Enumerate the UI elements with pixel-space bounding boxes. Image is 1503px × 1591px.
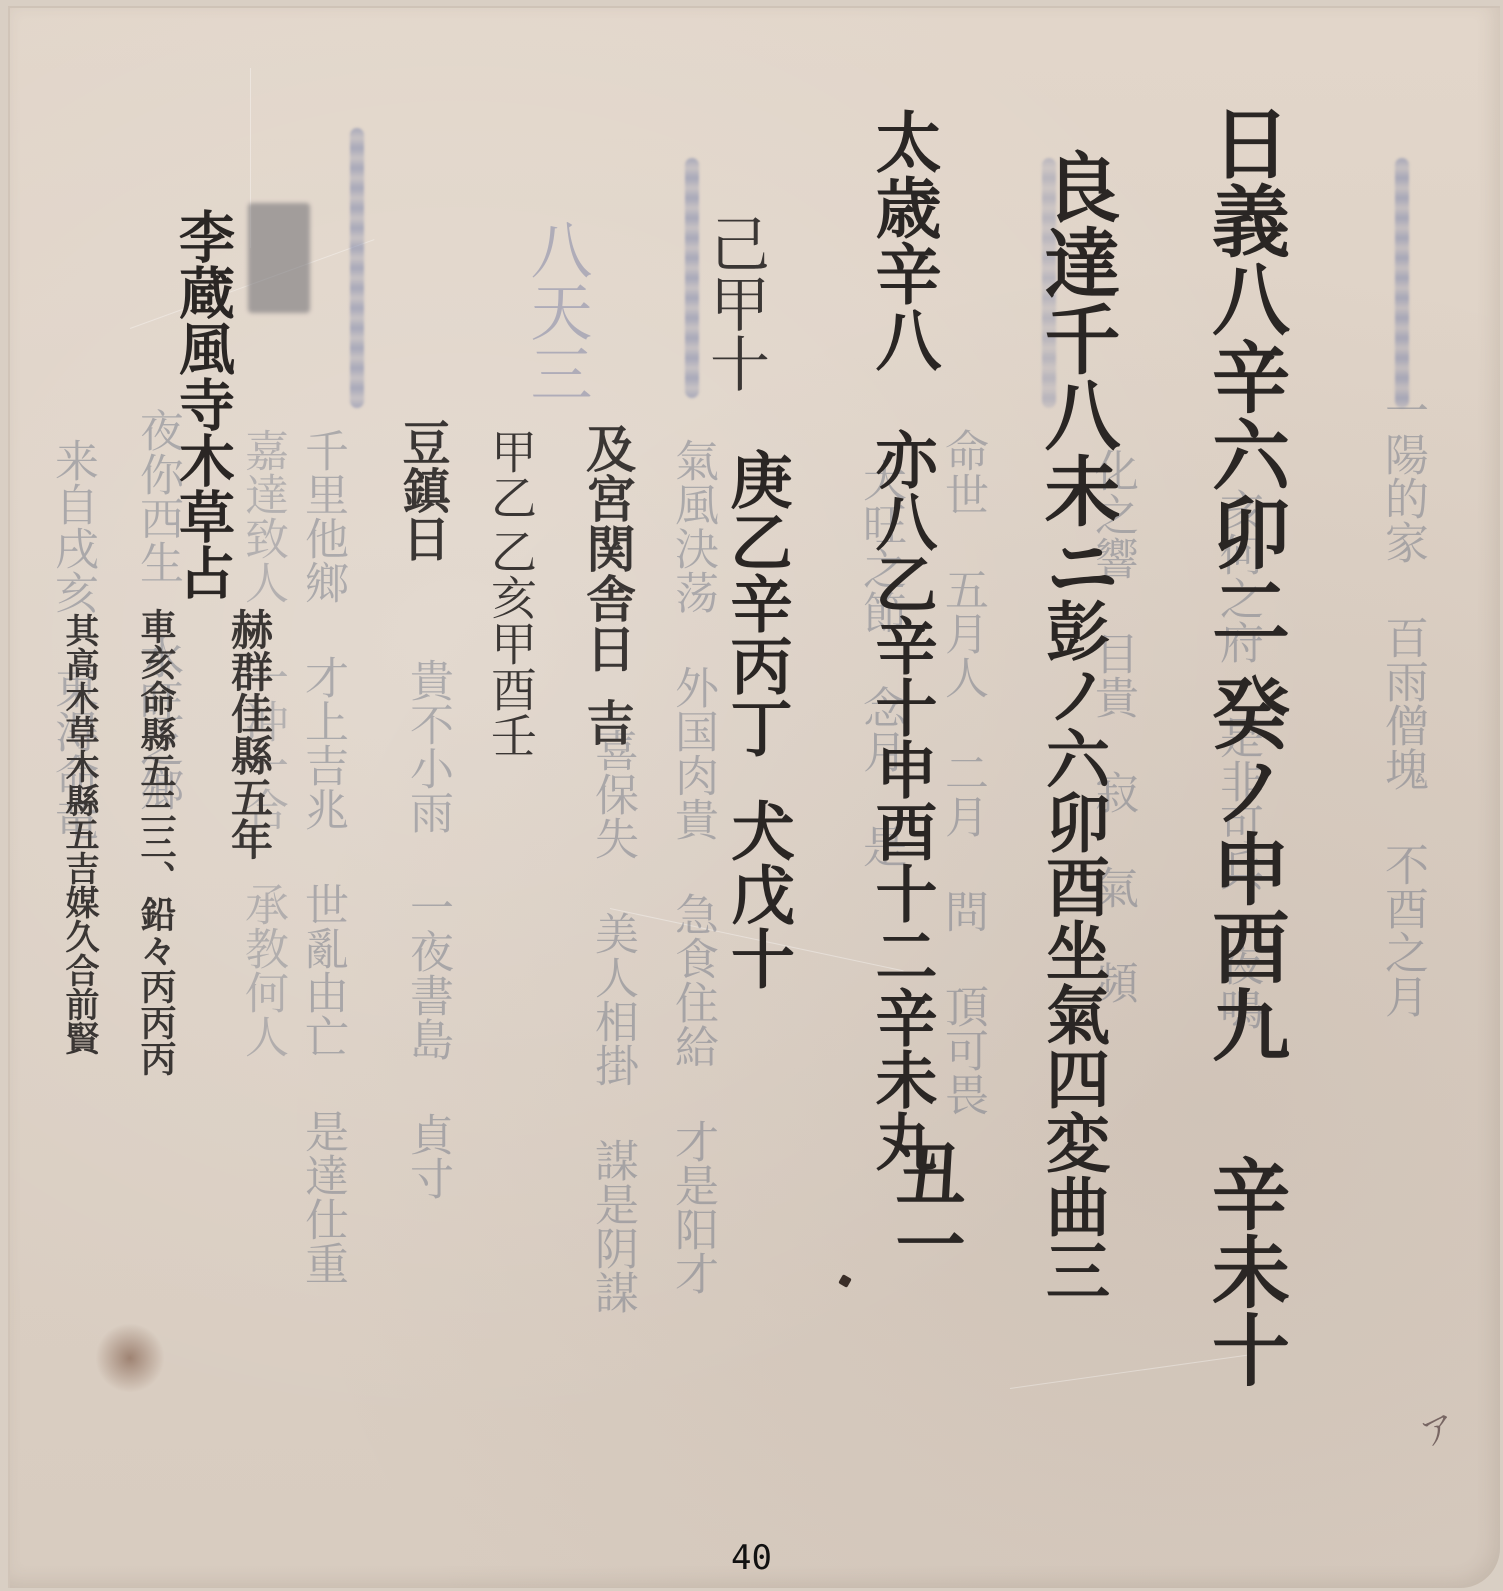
ghost-column: 八天三 [525, 218, 587, 404]
text-column: 良達千八未ニ [1038, 148, 1114, 604]
text-column: 其高木草木縣五吉媒久合前賢 [62, 613, 96, 1055]
text-column: 赫群佳縣五年 [228, 608, 270, 860]
text-column: 甲乙 [488, 428, 534, 520]
text-column: 庚乙辛丙丁 [725, 448, 787, 758]
text-column: 癸ノ申酉九 辛未十 [1205, 673, 1283, 1388]
text-column: 及宮関舎日 [582, 423, 632, 673]
text-column: 太歳辛八 [870, 108, 936, 372]
ghost-column: 喜保失 美人相掛 謀是阴謀 [590, 728, 634, 1314]
ink-smudge-block [248, 203, 310, 313]
blue-rule [685, 158, 699, 398]
page-number: 40 [0, 1538, 1503, 1578]
ink-dot [838, 1274, 852, 1288]
text-column: 犬戊十 [725, 798, 789, 990]
ghost-column: 一陽的家 百雨僧塊 不酉之月 [1380, 388, 1424, 1018]
text-column: 車亥命縣五三三、鉛々丙丙丙 [138, 608, 174, 1076]
manuscript-page: 一陽的家 百雨僧塊 不酉之月 亥何之府 是非可兵 夜鳴 化之響 目貴 寂 氣 頻… [8, 6, 1500, 1588]
corner-pencil-mark: ア [1413, 1399, 1462, 1457]
text-column: 乙亥甲酉壬 [488, 528, 534, 758]
text-column: 日義八辛六卯二 [1205, 103, 1283, 649]
text-column: 豆鎮日 [398, 418, 446, 562]
text-column: 吉 [582, 698, 630, 746]
text-column: 丑一 [890, 1138, 960, 1278]
blue-rule [1395, 158, 1409, 408]
text-column: 亦八乙辛十申酉十二辛未丸 [870, 428, 932, 1172]
ghost-column: 氣風決荡 外国肉貴 急食住給 才是阳才 [670, 438, 714, 1295]
brown-stain [95, 1323, 165, 1393]
blue-rule [350, 128, 364, 408]
ghost-column: 貴不小雨 一夜書島 貞寸 [405, 658, 449, 1200]
ghost-column: 命世 五月人 二月 問 頂可畏 [940, 428, 984, 1116]
ghost-column: 千里他鄉 才上吉兆 世亂由亡 是達仕重 [300, 428, 344, 1285]
text-column: 李蔵風寺木草占 [175, 208, 231, 600]
text-column: 己甲十 [705, 213, 765, 393]
text-column: 彭ノ六卯酉坐氣四変曲三 [1040, 598, 1104, 1302]
